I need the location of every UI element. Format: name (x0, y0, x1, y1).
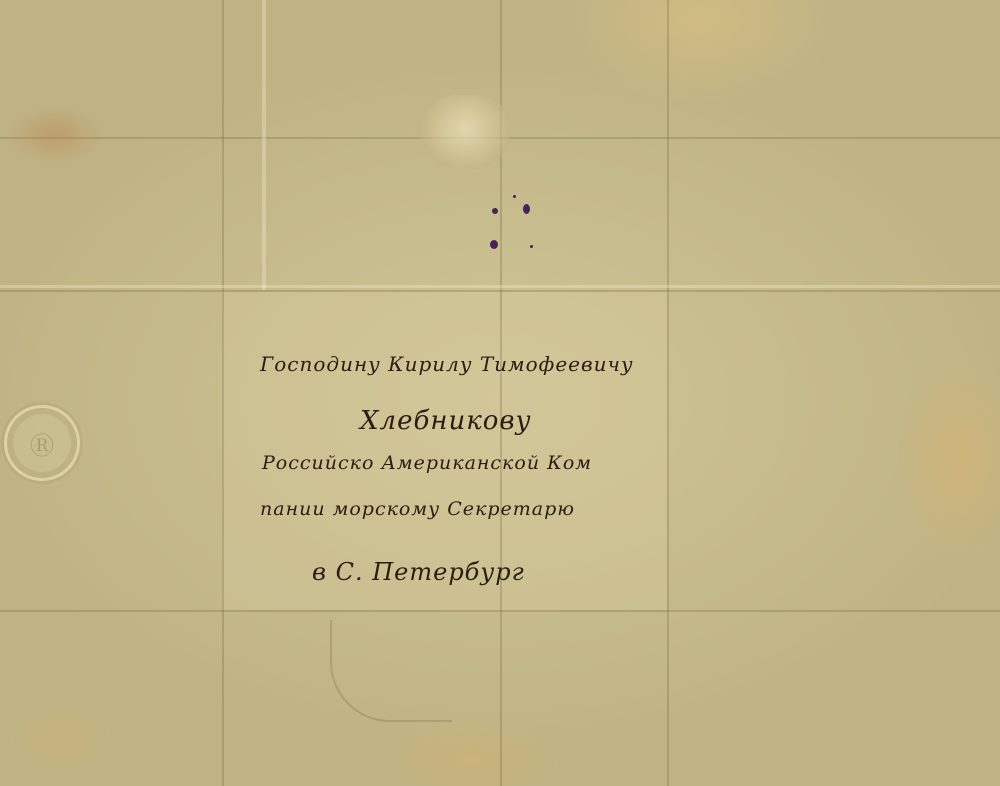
fold-line (222, 0, 224, 786)
fold-highlight (262, 0, 266, 290)
address-line-title: пании морскому Секретарю (260, 498, 575, 520)
stain (5, 105, 105, 165)
ink-spot (490, 240, 498, 249)
address-line-city: в С. Петербург (312, 558, 525, 586)
seal-mark: Ⓡ (7, 426, 77, 461)
ink-spot (530, 245, 533, 248)
ink-spot (523, 204, 530, 214)
address-line-company: Российско Американской Ком (262, 452, 592, 474)
fold-highlight (0, 285, 1000, 288)
pencil-mark (330, 620, 452, 722)
wax-seal-remnant (420, 95, 510, 170)
embossed-seal: Ⓡ (4, 405, 80, 481)
fold-line (667, 0, 669, 786)
ink-spot (492, 208, 498, 214)
letter-sheet: Ⓡ Господину Кирилу Тимофеевичу Хлебников… (0, 0, 1000, 786)
address-line-recipient: Господину Кирилу Тимофеевичу (260, 352, 634, 376)
ink-spot (513, 195, 516, 198)
address-line-surname: Хлебникову (360, 406, 532, 436)
